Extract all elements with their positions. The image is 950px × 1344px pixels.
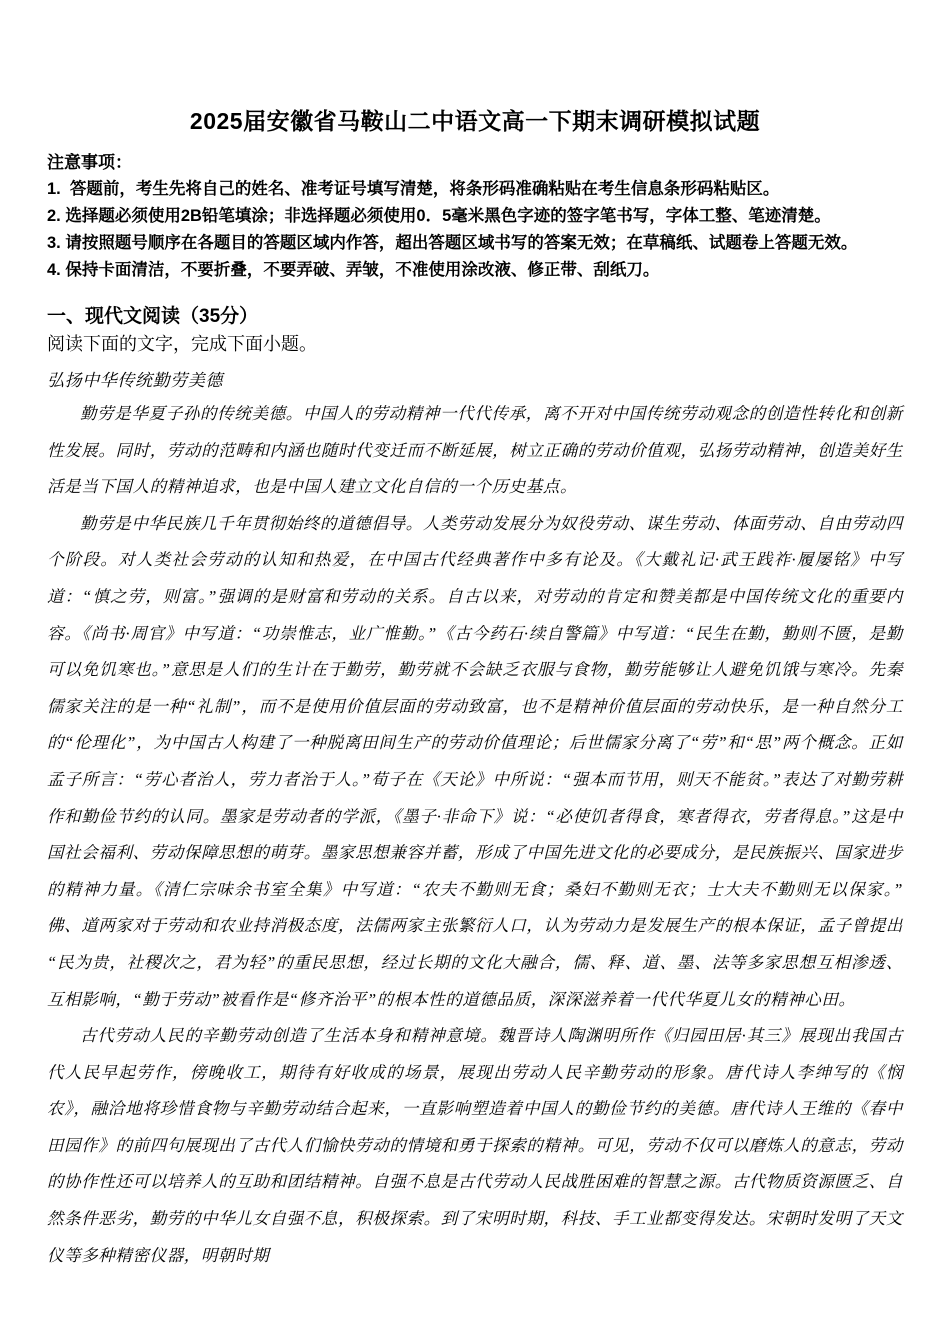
essay-title: 弘扬中华传统勤劳美德 xyxy=(47,368,903,394)
notice-item-4: 4. 保持卡面清洁，不要折叠，不要弄破、弄皱，不准使用涂改液、修正带、刮纸刀。 xyxy=(47,257,903,284)
section-heading: 一、现代文阅读（35分） xyxy=(47,304,903,330)
reading-instruction: 阅读下面的文字，完成下面小题。 xyxy=(47,332,903,356)
page-title: 2025届安徽省马鞍山二中语文高一下期末调研模拟试题 xyxy=(47,104,903,138)
essay-paragraph-2: 勤劳是中华民族几千年贯彻始终的道德倡导。人类劳动发展分为奴役劳动、谋生劳动、体面… xyxy=(47,506,903,1018)
essay-body: 弘扬中华传统勤劳美德 勤劳是华夏子孙的传统美德。中国人的劳动精神一代代传承，离不… xyxy=(47,368,903,1274)
exam-paper: 2025届安徽省马鞍山二中语文高一下期末调研模拟试题 注意事项： 1. 答题前，… xyxy=(0,0,950,1344)
notices-block: 注意事项： 1. 答题前，考生先将自己的姓名、准考证号填写清楚，将条形码准确粘贴… xyxy=(47,150,903,284)
notice-item-2: 2. 选择题必须使用2B铅笔填涂；非选择题必须使用0．5毫米黑色字迹的签字笔书写… xyxy=(47,203,903,230)
notices-heading: 注意事项： xyxy=(47,150,903,176)
essay-paragraph-3: 古代劳动人民的辛勤劳动创造了生活本身和精神意境。魏晋诗人陶渊明所作《归园田居·其… xyxy=(47,1018,903,1274)
notice-item-1: 1. 答题前，考生先将自己的姓名、准考证号填写清楚，将条形码准确粘贴在考生信息条… xyxy=(47,176,903,203)
essay-paragraph-1: 勤劳是华夏子孙的传统美德。中国人的劳动精神一代代传承，离不开对中国传统劳动观念的… xyxy=(47,396,903,506)
notice-item-3: 3. 请按照题号顺序在各题目的答题区域内作答，超出答题区域书写的答案无效；在草稿… xyxy=(47,230,903,257)
